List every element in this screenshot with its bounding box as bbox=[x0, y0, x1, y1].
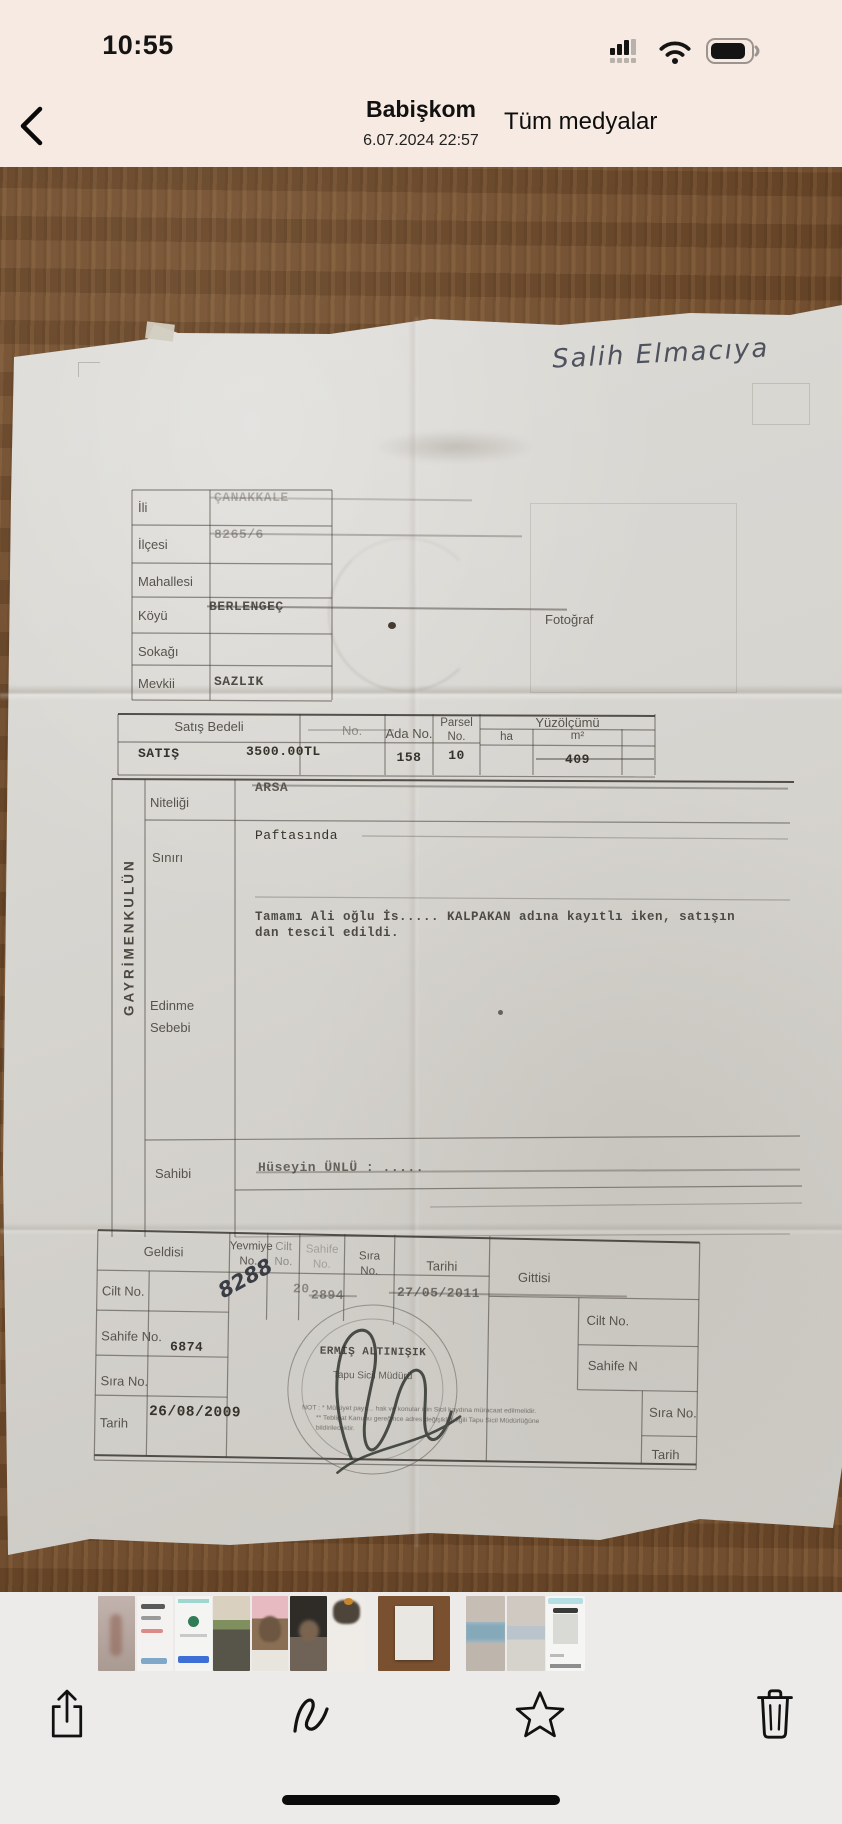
faded-stamp-smudge bbox=[348, 425, 563, 469]
sale-type-value: SATIŞ bbox=[138, 746, 180, 761]
bottom-chrome bbox=[0, 1592, 842, 1824]
siniri-value: Paftasında bbox=[255, 828, 338, 843]
photo-placeholder-box: Fotoğraf bbox=[530, 503, 737, 693]
thumbnail-current-document[interactable] bbox=[378, 1596, 450, 1671]
field-label: Mahallesi bbox=[138, 574, 193, 589]
tarih-value: 26/08/2009 bbox=[149, 1404, 241, 1421]
niteligi-value: ARSA bbox=[255, 780, 288, 795]
chevron-left-icon bbox=[16, 104, 46, 148]
thumbnail-photo[interactable] bbox=[98, 1596, 135, 1671]
tape-scrap bbox=[145, 321, 175, 341]
top-chrome: 10:55 bbox=[0, 0, 842, 167]
share-button[interactable] bbox=[37, 1684, 97, 1744]
thumbnail-app-screenshot[interactable] bbox=[175, 1596, 212, 1671]
siniri-label: Sınırı bbox=[152, 850, 183, 865]
ha-header: ha bbox=[480, 731, 533, 743]
thumbnail-chat-screenshot[interactable] bbox=[137, 1596, 173, 1671]
right-tarih-label: Tarih bbox=[651, 1447, 679, 1462]
right-cilt-label: Cilt No. bbox=[586, 1313, 629, 1329]
sahife-header2: No. bbox=[299, 1258, 344, 1271]
gittisi-header: Gittisi bbox=[489, 1269, 579, 1285]
sira-header2: No. bbox=[344, 1265, 394, 1278]
ada-no-value: 158 bbox=[385, 750, 433, 765]
edinme-text-line2: dan tescil edildi. bbox=[255, 926, 399, 940]
sira-no-label: Sıra No. bbox=[100, 1373, 148, 1389]
registry-table: Geldisi Yevmiye No. Cilt No. Sahife No. … bbox=[86, 1222, 790, 1483]
sahife-no-value: 6874 bbox=[170, 1339, 203, 1355]
wifi-icon bbox=[658, 39, 692, 64]
thumbnail-photo[interactable] bbox=[213, 1596, 250, 1671]
delete-button[interactable] bbox=[745, 1684, 805, 1744]
battery-icon bbox=[706, 38, 762, 64]
thumbnail-photo[interactable] bbox=[507, 1596, 545, 1671]
star-icon bbox=[515, 1689, 565, 1739]
corner-mark bbox=[752, 383, 810, 425]
sahife-header: Sahife bbox=[300, 1243, 345, 1256]
thumbnail-cat-photo[interactable] bbox=[290, 1596, 327, 1671]
all-media-button[interactable]: Tüm medyalar bbox=[504, 108, 657, 136]
sale-amount-value: 3500.00TL bbox=[246, 744, 321, 759]
parsel-no-value: 10 bbox=[433, 748, 480, 763]
parsel-no-header2: No. bbox=[433, 731, 480, 743]
cilt-header: Cilt bbox=[268, 1241, 300, 1254]
sahife-no-label: Sahife No. bbox=[101, 1328, 162, 1344]
thumbnail-cat-photo[interactable] bbox=[328, 1596, 365, 1671]
area-header: Yüzölçümü bbox=[480, 715, 655, 730]
sale-table: Satış Bedeli No. Ada No. Parsel No. Yüzö… bbox=[112, 712, 672, 782]
thumbnail-cat-photo[interactable] bbox=[252, 1596, 288, 1671]
field-label: İli bbox=[138, 500, 147, 515]
cilt-no-label: Cilt No. bbox=[102, 1283, 145, 1299]
sira-header: Sıra bbox=[344, 1250, 394, 1263]
field-label: İlçesi bbox=[138, 537, 168, 552]
corner-mark bbox=[78, 362, 100, 377]
trash-icon bbox=[753, 1687, 797, 1741]
edinme-text-line1: Tamamı Ali oğlu İs..... KALPAKAN adına k… bbox=[255, 910, 735, 924]
sahibi-label: Sahibi bbox=[155, 1166, 191, 1181]
thumbnail-photo[interactable] bbox=[466, 1596, 505, 1671]
signature bbox=[300, 1291, 475, 1483]
property-section: ARSA Niteliği Paftasında Sınırı Tamamı A… bbox=[100, 778, 810, 1240]
fotograf-label: Fotoğraf bbox=[545, 612, 593, 627]
edinme-label-line1: Edinme bbox=[150, 998, 194, 1013]
home-indicator[interactable] bbox=[282, 1795, 560, 1805]
yevmiye-header: Yevmiye bbox=[230, 1240, 268, 1253]
tarihi-header: Tarihi bbox=[394, 1258, 489, 1274]
cellular-signal-icon bbox=[610, 39, 644, 63]
field-label: Mevkii bbox=[138, 676, 175, 691]
edinme-label-line2: Sebebi bbox=[150, 1020, 190, 1035]
favorite-button[interactable] bbox=[510, 1684, 570, 1744]
markup-button[interactable] bbox=[280, 1684, 340, 1744]
ada-no-header: Ada No. bbox=[385, 726, 433, 741]
back-button[interactable] bbox=[16, 100, 56, 152]
niteligi-label: Niteliği bbox=[150, 795, 189, 810]
m2-header: m² bbox=[533, 730, 622, 742]
field-value: SAZLIK bbox=[214, 674, 264, 689]
tarih-label: Tarih bbox=[100, 1415, 128, 1430]
geldisi-header: Geldisi bbox=[103, 1243, 223, 1260]
markup-scribble-icon bbox=[286, 1689, 334, 1739]
right-sahife-label: Sahife N bbox=[588, 1358, 638, 1374]
field-label: Köyü bbox=[138, 608, 168, 623]
photo-viewer[interactable]: Salih Elmacıya İli İlçesi Mahallesi Köyü… bbox=[0, 167, 842, 1592]
location-table-grid bbox=[112, 489, 592, 704]
status-time: 10:55 bbox=[96, 30, 180, 61]
share-icon bbox=[45, 1686, 89, 1742]
right-sira-label: Sıra No. bbox=[649, 1405, 697, 1421]
location-table: İli İlçesi Mahallesi Köyü Sokağı Mevkii … bbox=[112, 489, 592, 704]
footnote: NOT : * Mülkiyet payı ... hak ve konular… bbox=[302, 1403, 582, 1438]
cilt-value: 20 bbox=[293, 1281, 310, 1296]
sale-price-header: Satış Bedeli bbox=[118, 719, 300, 734]
media-viewer-screen: 10:55 bbox=[0, 0, 842, 1824]
field-label: Sokağı bbox=[138, 644, 178, 659]
status-icons bbox=[610, 38, 762, 64]
parsel-no-header: Parsel bbox=[433, 717, 480, 729]
thumbnail-screenshot[interactable] bbox=[546, 1596, 585, 1671]
